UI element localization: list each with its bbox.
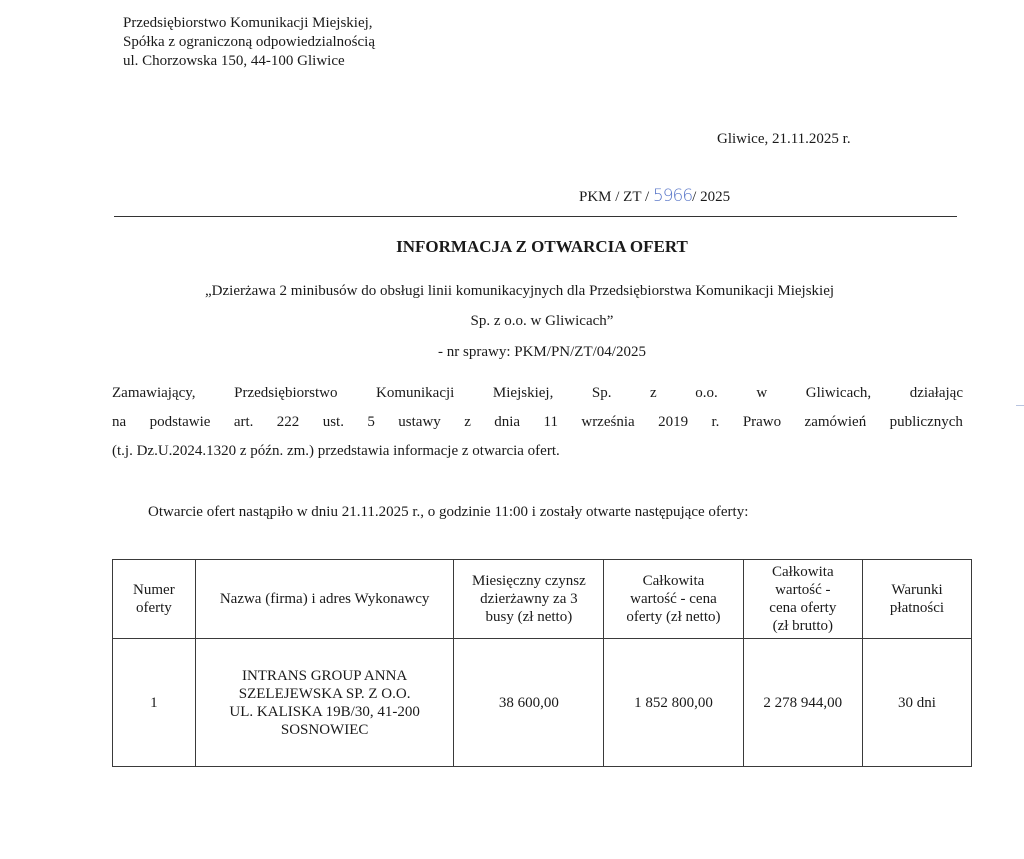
sender-name: Przedsiębiorstwo Komunikacji Miejskiej,	[123, 14, 375, 33]
cell-monthly-rent: 38 600,00	[454, 639, 604, 767]
paragraph-line-3: (t.j. Dz.U.2024.1320 z późn. zm.) przeds…	[112, 437, 963, 466]
contractor-line: UL. KALISKA 19B/30, 41-200	[200, 703, 450, 721]
reference-number: PKM / ZT / 5966/ 2025	[579, 186, 730, 206]
paragraph-word: ustawy	[398, 408, 441, 437]
paragraph-word: września	[581, 408, 634, 437]
paragraph-word: 5	[367, 408, 375, 437]
header-text-line: wartość -	[748, 581, 858, 599]
header-text-line: Numer	[117, 581, 191, 599]
header-text-line: płatności	[867, 599, 967, 617]
header-text-line: Warunki	[867, 581, 967, 599]
paragraph-word: 2019	[658, 408, 688, 437]
table-header-row: NumerofertyNazwa (firma) i adres Wykonaw…	[113, 560, 972, 639]
document-title: INFORMACJA Z OTWARCIA OFERT	[0, 237, 1024, 257]
cell-total-gross: 2 278 944,00	[743, 639, 862, 767]
paragraph-word: Komunikacji	[376, 379, 454, 408]
header-text-line: busy (zł netto)	[458, 608, 599, 626]
header-contractor: Nazwa (firma) i adres Wykonawcy	[195, 560, 454, 639]
paragraph-word: ust.	[323, 408, 344, 437]
paragraph-word: Gliwicach,	[806, 379, 871, 408]
paragraph-line-1: Zamawiający,PrzedsiębiorstwoKomunikacjiM…	[112, 379, 963, 408]
paragraph-word: Zamawiający,	[112, 379, 196, 408]
paragraph-line-2: napodstawieart.222ust.5ustawyzdnia11wrze…	[112, 408, 963, 437]
handwritten-reference-number: 5966	[653, 186, 692, 206]
header-text-line: dzierżawny za 3	[458, 590, 599, 608]
case-number: - nr sprawy: PKM/PN/ZT/04/2025	[0, 344, 1024, 361]
cell-offer-number: 1	[113, 639, 196, 767]
header-total-gross: Całkowitawartość -cena oferty(zł brutto)	[743, 560, 862, 639]
opening-statement: Otwarcie ofert nastąpiło w dniu 21.11.20…	[148, 504, 748, 521]
cell-total-net: 1 852 800,00	[604, 639, 743, 767]
contractor-line: SZELEJEWSKA SP. Z O.O.	[200, 685, 450, 703]
scan-margin-mark	[1016, 405, 1024, 406]
paragraph-word: Prawo	[743, 408, 781, 437]
paragraph-word: z	[464, 408, 471, 437]
header-text-line: (zł brutto)	[748, 617, 858, 635]
reference-suffix: / 2025	[692, 189, 730, 205]
header-text-line: Nazwa (firma) i adres Wykonawcy	[200, 590, 450, 608]
subject-line-2: Sp. z o.o. w Gliwicach”	[0, 313, 1024, 330]
paragraph-word: Sp.	[592, 379, 612, 408]
cell-payment-terms: 30 dni	[863, 639, 972, 767]
header-text-line: Całkowita	[748, 563, 858, 581]
paragraph-word: art.	[234, 408, 254, 437]
paragraph-word: 11	[544, 408, 558, 437]
header-divider	[114, 216, 957, 217]
header-text-line: oferty (zł netto)	[608, 608, 738, 626]
paragraph-word: zamówień	[805, 408, 867, 437]
paragraph-word: działając	[910, 379, 963, 408]
paragraph-word: Przedsiębiorstwo	[234, 379, 337, 408]
sender-legal-form: Spółka z ograniczoną odpowiedzialnością	[123, 33, 375, 52]
paragraph-word: 222	[277, 408, 300, 437]
table-row: 1INTRANS GROUP ANNASZELEJEWSKA SP. Z O.O…	[113, 639, 972, 767]
offers-table: NumerofertyNazwa (firma) i adres Wykonaw…	[112, 559, 972, 767]
paragraph-word: o.o.	[695, 379, 718, 408]
paragraph-word: podstawie	[150, 408, 211, 437]
contractor-line: INTRANS GROUP ANNA	[200, 667, 450, 685]
legal-basis-paragraph: Zamawiający,PrzedsiębiorstwoKomunikacjiM…	[112, 379, 963, 466]
paragraph-word: z	[650, 379, 657, 408]
cell-contractor: INTRANS GROUP ANNASZELEJEWSKA SP. Z O.O.…	[195, 639, 454, 767]
paragraph-word: publicznych	[890, 408, 963, 437]
sender-street: ul. Chorzowska 150, 44-100 Gliwice	[123, 52, 375, 71]
header-text-line: oferty	[117, 599, 191, 617]
paragraph-word: na	[112, 408, 126, 437]
subject-line-1: „Dzierżawa 2 minibusów do obsługi linii …	[205, 283, 834, 300]
header-total-net: Całkowitawartość - cenaoferty (zł netto)	[604, 560, 743, 639]
header-payment-terms: Warunkipłatności	[863, 560, 972, 639]
document-date: Gliwice, 21.11.2025 r.	[717, 131, 851, 148]
paragraph-word: r.	[711, 408, 719, 437]
header-text-line: Miesięczny czynsz	[458, 572, 599, 590]
paragraph-word: Miejskiej,	[493, 379, 553, 408]
reference-prefix: PKM / ZT /	[579, 189, 653, 205]
header-text-line: Całkowita	[608, 572, 738, 590]
paragraph-word: dnia	[494, 408, 520, 437]
header-offer-number: Numeroferty	[113, 560, 196, 639]
header-monthly-rent: Miesięczny czynszdzierżawny za 3busy (zł…	[454, 560, 604, 639]
sender-address: Przedsiębiorstwo Komunikacji Miejskiej, …	[123, 14, 375, 71]
paragraph-word: w	[756, 379, 767, 408]
contractor-line: SOSNOWIEC	[200, 721, 450, 739]
header-text-line: cena oferty	[748, 599, 858, 617]
header-text-line: wartość - cena	[608, 590, 738, 608]
